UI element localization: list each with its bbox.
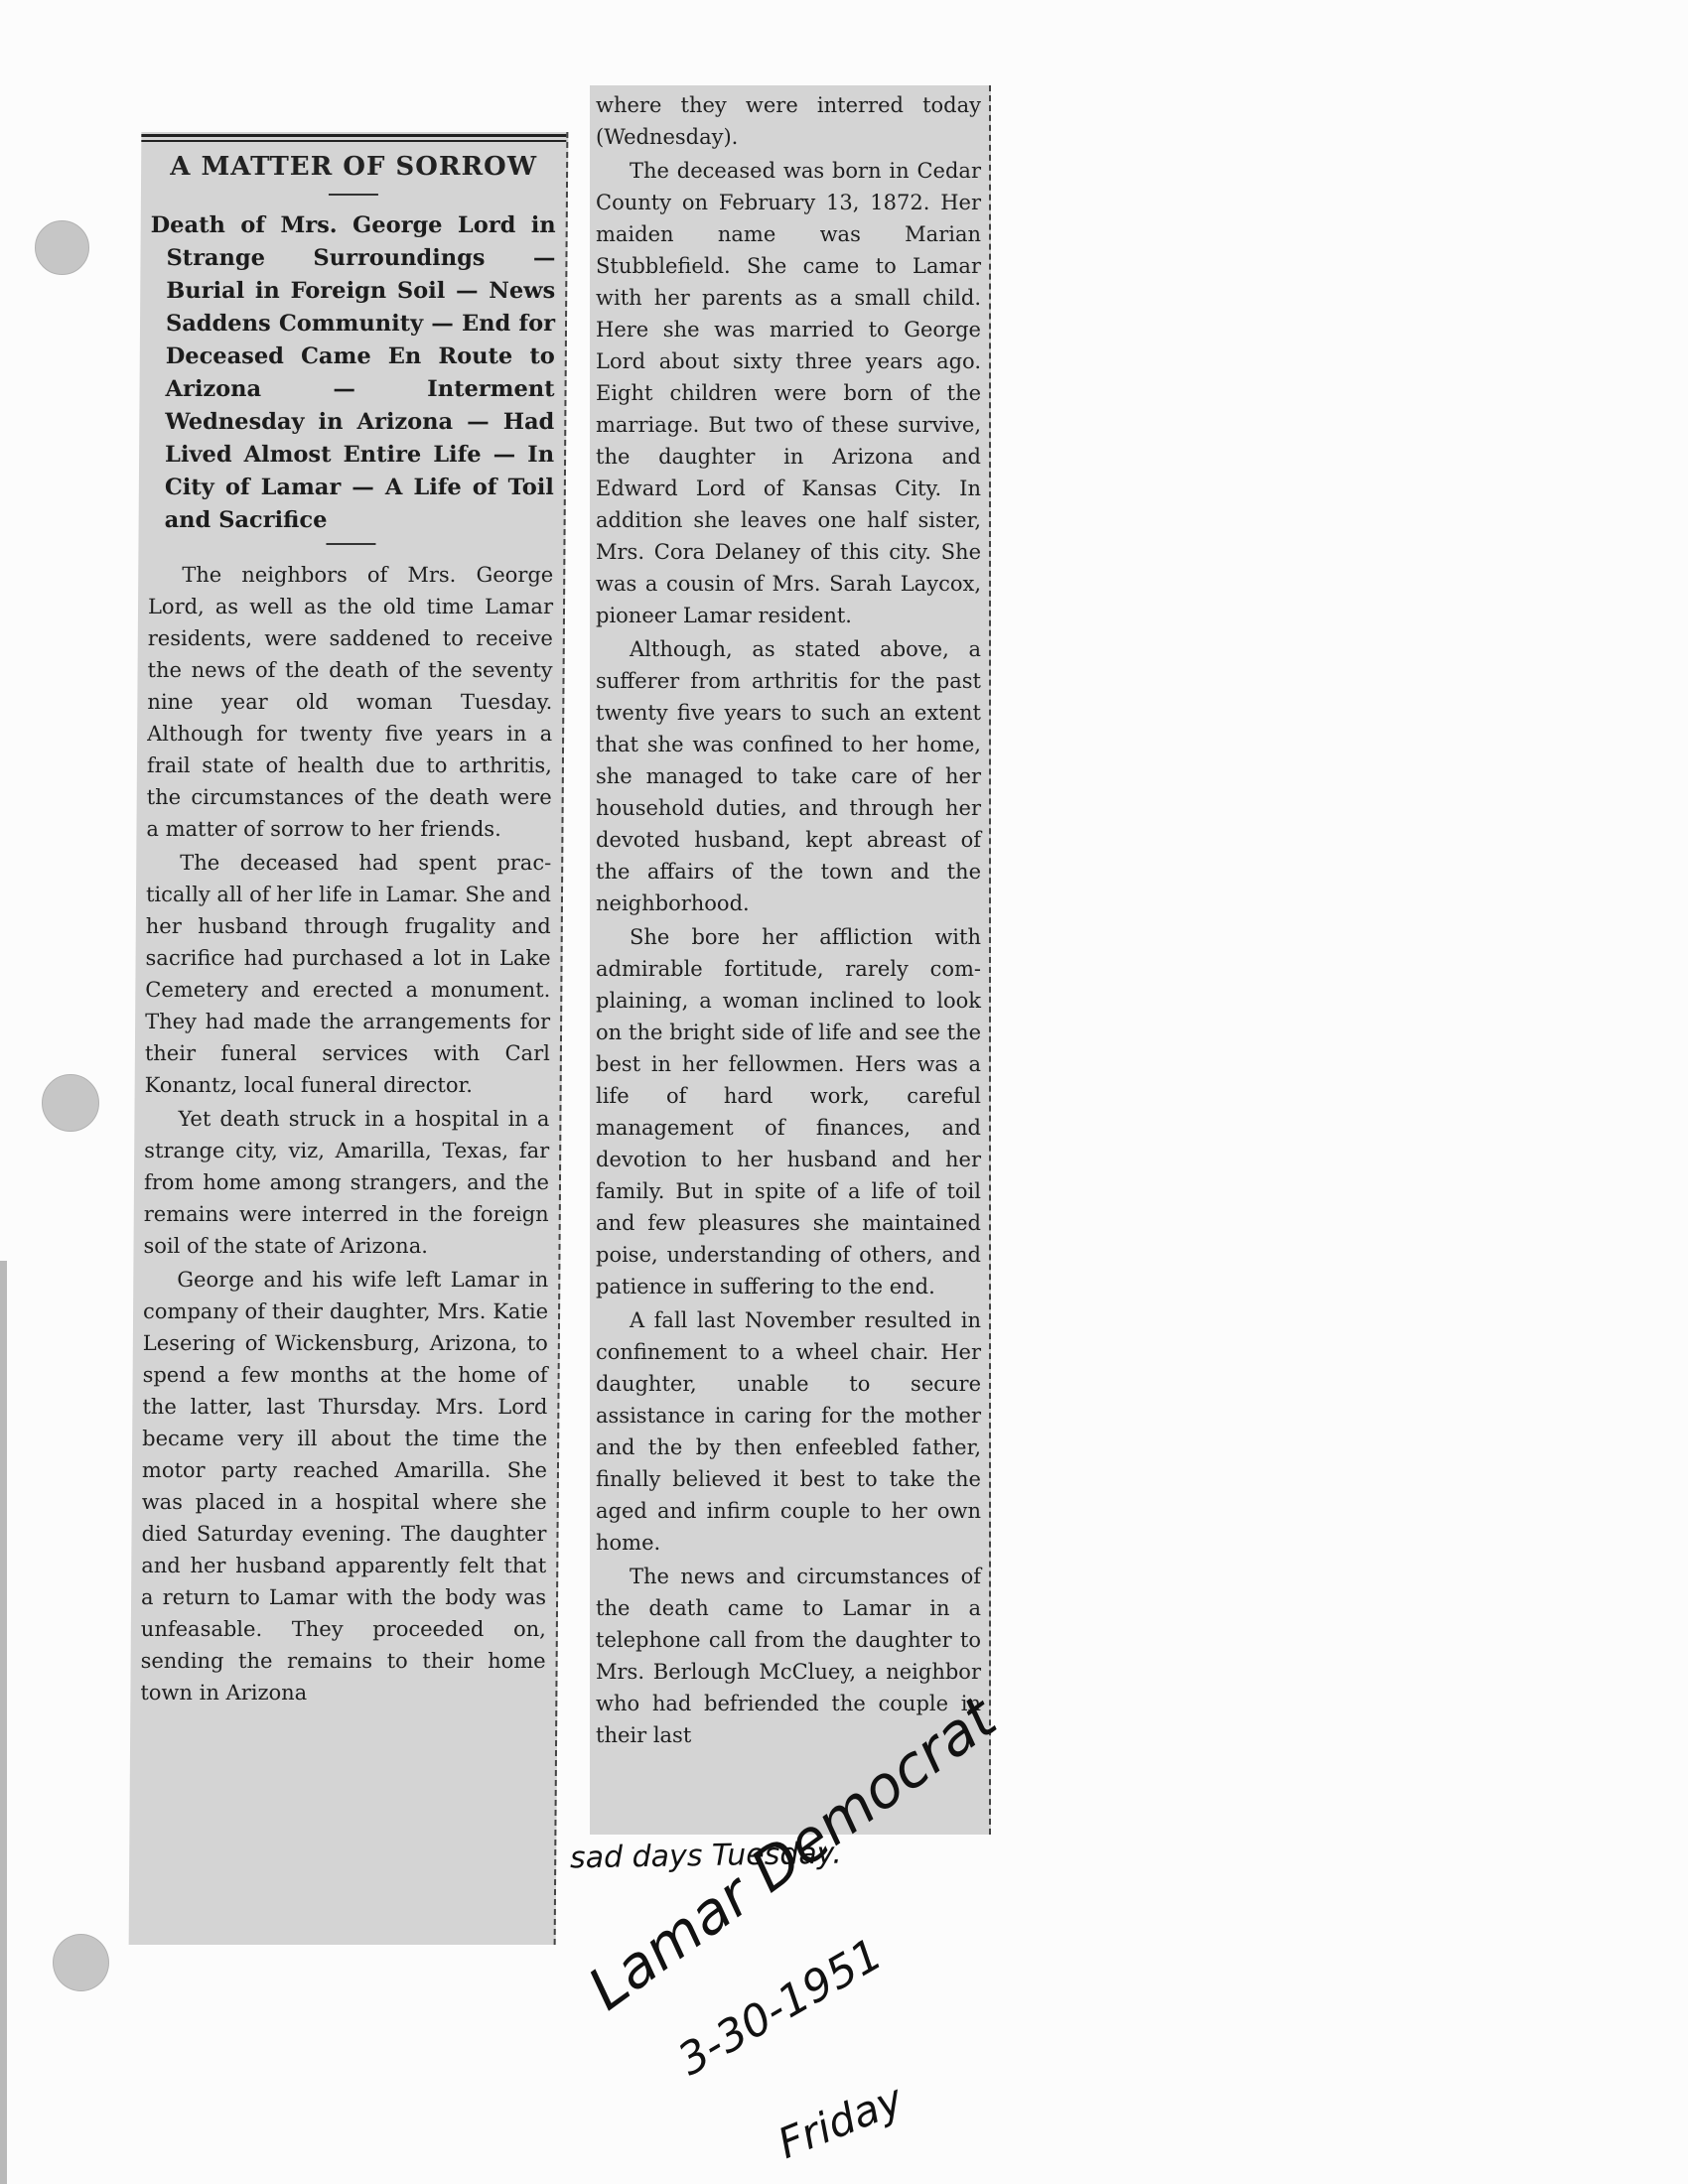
headline: A MATTER OF SORROW bbox=[151, 152, 556, 182]
scan-edge-shadow bbox=[0, 1261, 7, 2184]
clipping-right-column: where they were interred to­day (Wednesd… bbox=[590, 85, 991, 1835]
paragraph: George and his wife left La­mar in compa… bbox=[140, 1264, 548, 1708]
punch-hole-top bbox=[35, 220, 89, 275]
subheadline-deck: Death of Mrs. George Lord in Strange Sur… bbox=[149, 209, 556, 537]
punch-hole-bottom bbox=[53, 1934, 109, 1991]
deck-divider bbox=[326, 543, 375, 545]
handwritten-weekday: Friday bbox=[772, 2075, 910, 2168]
headline-divider bbox=[329, 194, 378, 196]
punch-hole-middle bbox=[42, 1074, 99, 1132]
paragraph: She bore her affliction with admirable f… bbox=[596, 921, 981, 1302]
paragraph: Yet death struck in a hospital in a stra… bbox=[143, 1103, 549, 1262]
paragraph: The deceased was born in Cedar County on… bbox=[596, 155, 981, 631]
column-top-rule bbox=[141, 134, 566, 142]
left-column-body: The neighbors of Mrs. George Lord, as we… bbox=[140, 559, 553, 1708]
clipping-left-column: A MATTER OF SORROW Death of Mrs. George … bbox=[129, 132, 569, 1945]
paragraph: The deceased had spent prac­tically all … bbox=[145, 847, 552, 1101]
paragraph: A fall last November result­ed in confin… bbox=[596, 1304, 981, 1559]
right-column-body: where they were interred to­day (Wednesd… bbox=[596, 89, 981, 1751]
paragraph-continuation: where they were interred to­day (Wednesd… bbox=[596, 89, 981, 153]
paragraph: The neighbors of Mrs. George Lord, as we… bbox=[146, 559, 553, 845]
paragraph: Although, as stated above, a sufferer fr… bbox=[596, 633, 981, 919]
